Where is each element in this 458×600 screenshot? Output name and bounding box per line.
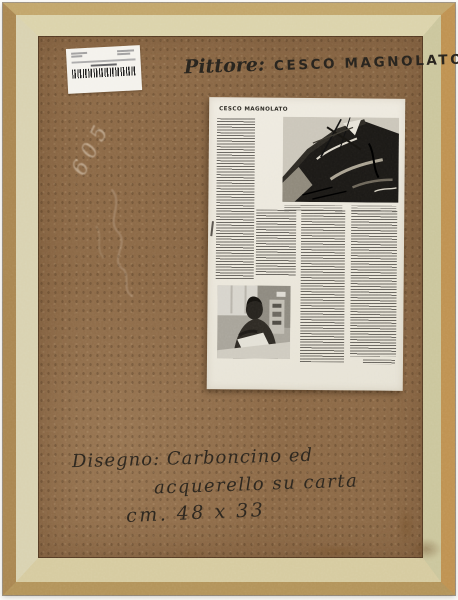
cardboard-backing: Pittore: CESCO MAGNOLATO 605 CESCO MAGNO…: [38, 36, 423, 558]
clipping-text-column-1: [216, 118, 255, 279]
barcode-icon: [72, 66, 136, 78]
article-signature: [363, 360, 395, 365]
artwork-caption: [284, 205, 342, 213]
clipping-headline: CESCO MAGNOLATO: [219, 106, 288, 113]
label-text-line: [72, 58, 136, 63]
handwriting-dimensions-line: cm. 48 x 33: [126, 499, 266, 527]
chalk-number: 605: [67, 117, 115, 180]
artwork-back-photo: Pittore: CESCO MAGNOLATO 605 CESCO MAGNO…: [0, 0, 458, 600]
label-text-left: [71, 52, 89, 59]
inventory-label: [66, 45, 142, 94]
handwriting-artist-name: CESCO MAGNOLATO: [274, 52, 458, 75]
handwriting-medium-line-1: Disegno: Carboncino ed: [72, 445, 314, 472]
artist-portrait-photo: [217, 285, 291, 359]
clipping-text-column-4: [350, 210, 397, 356]
margin-pen-mark: [210, 221, 214, 236]
label-text-right: [117, 49, 135, 56]
label-header: [71, 49, 135, 58]
etching-artwork-image: [282, 117, 399, 203]
handwriting-artist-line: Pittore: CESCO MAGNOLATO: [184, 48, 435, 79]
wooden-frame-inner: Pittore: CESCO MAGNOLATO 605 CESCO MAGNO…: [16, 15, 441, 582]
chalk-scribble: [84, 186, 154, 301]
label-lot-number: [91, 63, 117, 67]
wooden-frame-outer: Pittore: CESCO MAGNOLATO 605 CESCO MAGNO…: [3, 3, 455, 595]
clipping-text-column-2: [256, 210, 297, 276]
handwriting-pittore-label: Pittore:: [184, 54, 266, 79]
clipping-text-column-3: [300, 210, 345, 362]
artwork-caption-2: [351, 205, 396, 212]
handwriting-medium-line-2: acquerello su carta: [154, 470, 359, 498]
magazine-clipping: CESCO MAGNOLATO: [207, 97, 406, 391]
